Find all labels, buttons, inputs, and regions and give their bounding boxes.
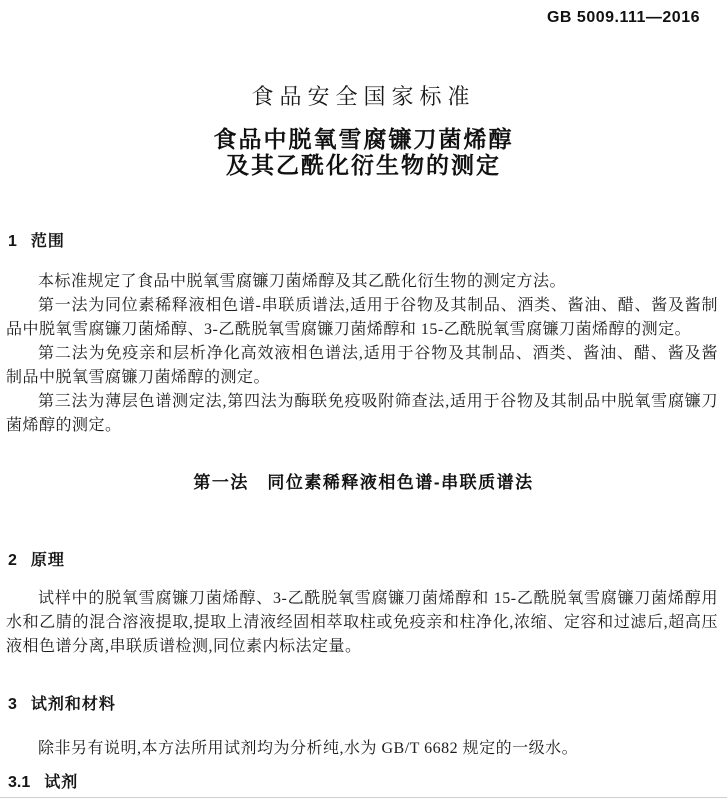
section-2-number: 2	[8, 552, 17, 569]
document-title-line2: 及其乙酰化衍生物的测定	[0, 152, 727, 178]
document-title-line1: 食品中脱氧雪腐镰刀菌烯醇	[0, 126, 727, 152]
document-page: GB 5009.111—2016 食品安全国家标准 食品中脱氧雪腐镰刀菌烯醇 及…	[0, 0, 727, 799]
reagents-paragraphs: 除非另有说明,本方法所用试剂均为分析纯,水为 GB/T 6682 规定的一级水。	[6, 737, 718, 761]
section-1-heading: 1范围	[8, 228, 65, 251]
section-1-title: 范围	[31, 233, 65, 250]
paragraph: 第一法为同位素稀释液相色谱-串联质谱法,适用于谷物及其制品、酒类、酱油、醋、酱及…	[6, 294, 718, 342]
section-2-title: 原理	[31, 552, 65, 569]
section-1-number: 1	[8, 233, 17, 250]
paragraph: 除非另有说明,本方法所用试剂均为分析纯,水为 GB/T 6682 规定的一级水。	[6, 737, 718, 761]
scope-paragraphs: 本标准规定了食品中脱氧雪腐镰刀菌烯醇及其乙酰化衍生物的测定方法。 第一法为同位素…	[6, 270, 718, 438]
section-3-number: 3	[8, 696, 17, 713]
method-1-heading: 第一法 同位素稀释液相色谱-串联质谱法	[0, 468, 727, 493]
section-3-1-heading: 3.1试剂	[8, 769, 78, 792]
standard-number: GB 5009.111—2016	[547, 9, 700, 27]
section-3-title: 试剂和材料	[31, 696, 116, 713]
paragraph: 本标准规定了食品中脱氧雪腐镰刀菌烯醇及其乙酰化衍生物的测定方法。	[6, 270, 718, 294]
section-3-1-title: 试剂	[44, 774, 78, 791]
paragraph: 第二法为免疫亲和层析净化高效液相色谱法,适用于谷物及其制品、酒类、酱油、醋、酱及…	[6, 342, 718, 390]
section-3-heading: 3试剂和材料	[8, 691, 116, 714]
section-3-1-number: 3.1	[8, 774, 30, 791]
principle-paragraphs: 试样中的脱氧雪腐镰刀菌烯醇、3-乙酰脱氧雪腐镰刀菌烯醇和 15-乙酰脱氧雪腐镰刀…	[6, 587, 718, 659]
document-title: 食品中脱氧雪腐镰刀菌烯醇 及其乙酰化衍生物的测定	[0, 126, 727, 178]
paragraph: 第三法为薄层色谱测定法,第四法为酶联免疫吸附筛查法,适用于谷物及其制品中脱氧雪腐…	[6, 390, 718, 438]
section-2-heading: 2原理	[8, 547, 65, 570]
standard-type-title: 食品安全国家标准	[0, 80, 727, 111]
paragraph: 试样中的脱氧雪腐镰刀菌烯醇、3-乙酰脱氧雪腐镰刀菌烯醇和 15-乙酰脱氧雪腐镰刀…	[6, 587, 718, 659]
page-bottom-edge	[0, 797, 727, 798]
